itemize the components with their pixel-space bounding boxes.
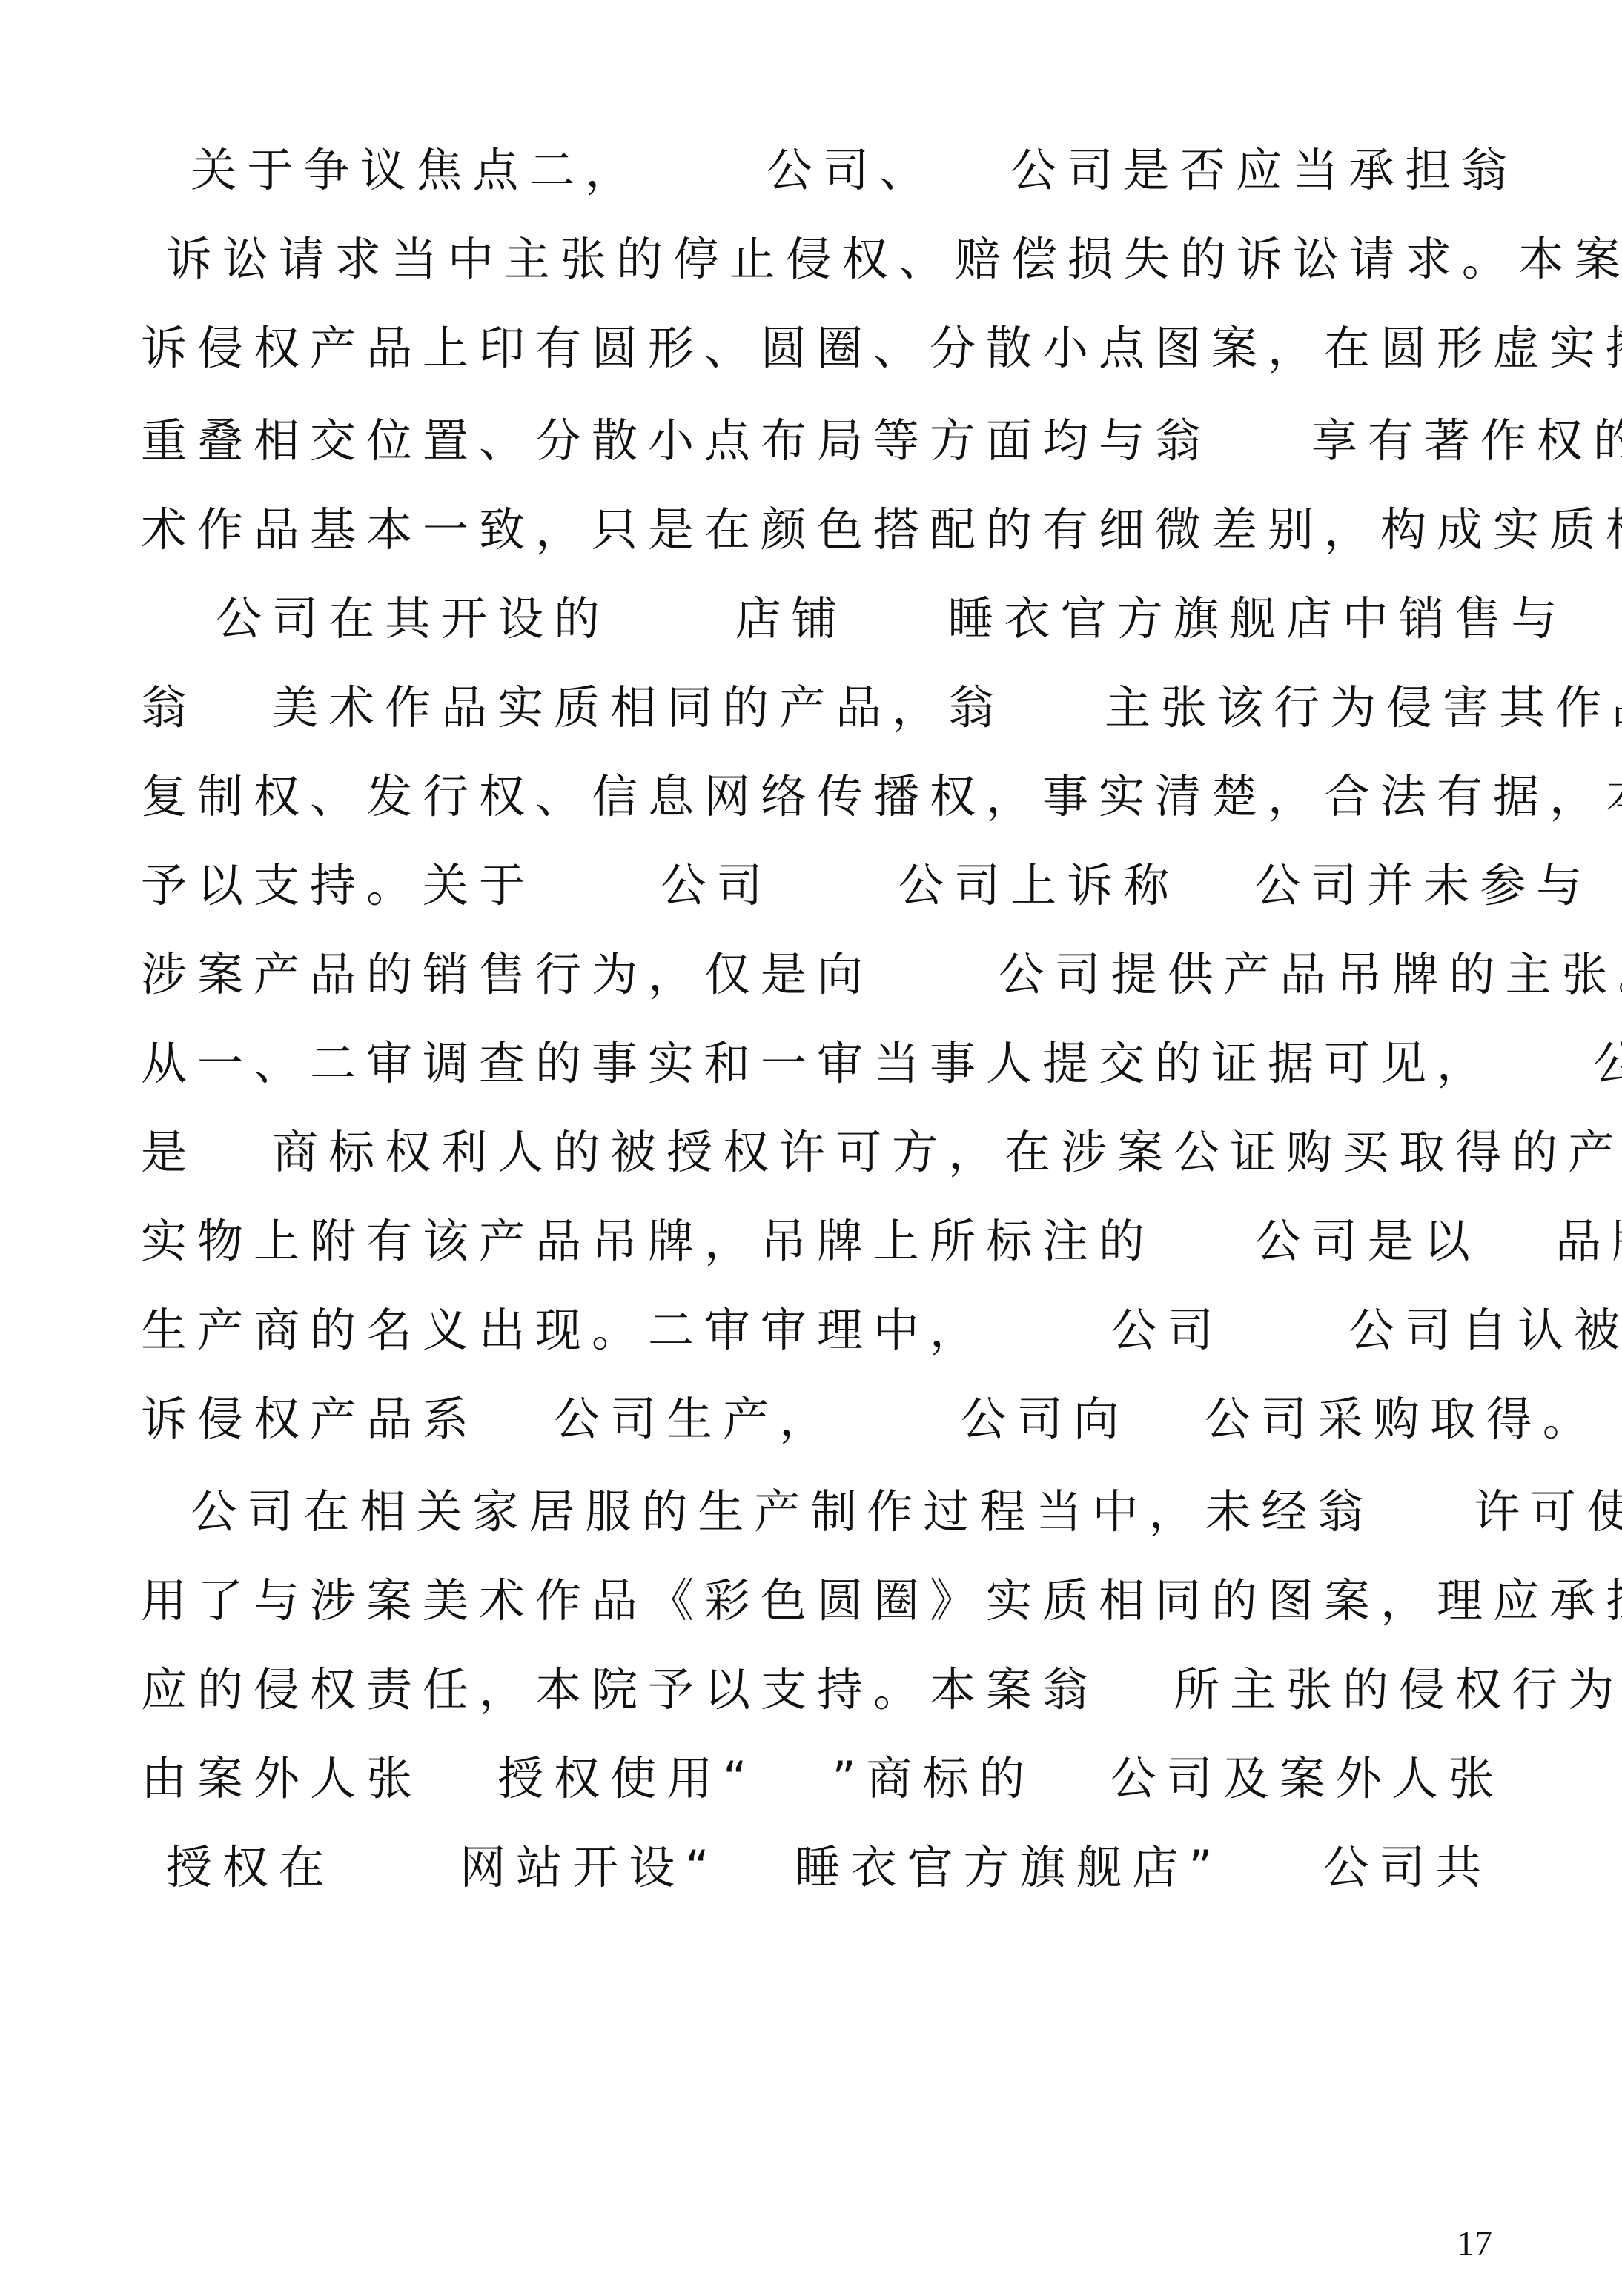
text-line: 实物上附有该产品吊牌，吊牌上所标注的 公司是以 品牌 <box>141 1204 1505 1278</box>
document-page: 关于争议焦点二， 公司、 公司是否应当承担翁 诉讼请求当中主张的停止侵权、赔偿损… <box>0 0 1622 2296</box>
text-line: 关于争议焦点二， 公司、 公司是否应当承担翁 <box>141 133 1505 208</box>
text-line: 从一、二审调查的事实和一审当事人提交的证据可见， 公司 <box>141 1026 1505 1101</box>
text-line: 涉案产品的销售行为，仅是向 公司提供产品吊牌的主张。 <box>141 938 1505 1012</box>
text-line: 授权在 网站开设“ 睡衣官方旗舰店” 公司共 <box>141 1831 1505 1905</box>
text-line: 诉侵权产品系 公司生产， 公司向 公司采购取得。 <box>141 1382 1505 1456</box>
text-line: 公司在相关家居服的生产制作过程当中，未经翁 许可使 <box>141 1475 1505 1549</box>
page-number: 17 <box>1457 2223 1492 2264</box>
text-line: 公司在其开设的 店铺 睡衣官方旗舰店中销售与 <box>141 582 1505 656</box>
text-line: 诉侵权产品上印有圆形、圆圈、分散小点图案，在圆形虚实搭配、 <box>141 311 1505 385</box>
text-line: 是 商标权利人的被授权许可方，在涉案公证购买取得的产品 <box>141 1115 1505 1190</box>
text-line: 应的侵权责任，本院予以支持。本案翁 所主张的侵权行为系 <box>141 1653 1505 1727</box>
text-line: 予以支持。关于 公司 公司上诉称 公司并未参与 <box>141 849 1505 923</box>
text-line: 诉讼请求当中主张的停止侵权、赔偿损失的诉讼请求。本案被 <box>141 222 1505 296</box>
text-line: 复制权、发行权、信息网络传播权，事实清楚，合法有据，本院 <box>141 760 1505 834</box>
text-line: 用了与涉案美术作品《彩色圆圈》实质相同的图案，理应承担相 <box>141 1564 1505 1638</box>
text-line: 翁 美术作品实质相同的产品，翁 主张该行为侵害其作品 <box>141 671 1505 745</box>
text-line: 生产商的名义出现。二审审理中， 公司 公司自认被 <box>141 1293 1505 1367</box>
text-line: 由案外人张 授权使用“ ”商标的 公司及案外人张 <box>141 1742 1505 1816</box>
text-line: 术作品基本一致，只是在颜色搭配的有细微差别，构成实质相似。 <box>141 493 1505 567</box>
text-line: 重叠相交位置、分散小点布局等方面均与翁 享有著作权的美 <box>141 404 1505 478</box>
